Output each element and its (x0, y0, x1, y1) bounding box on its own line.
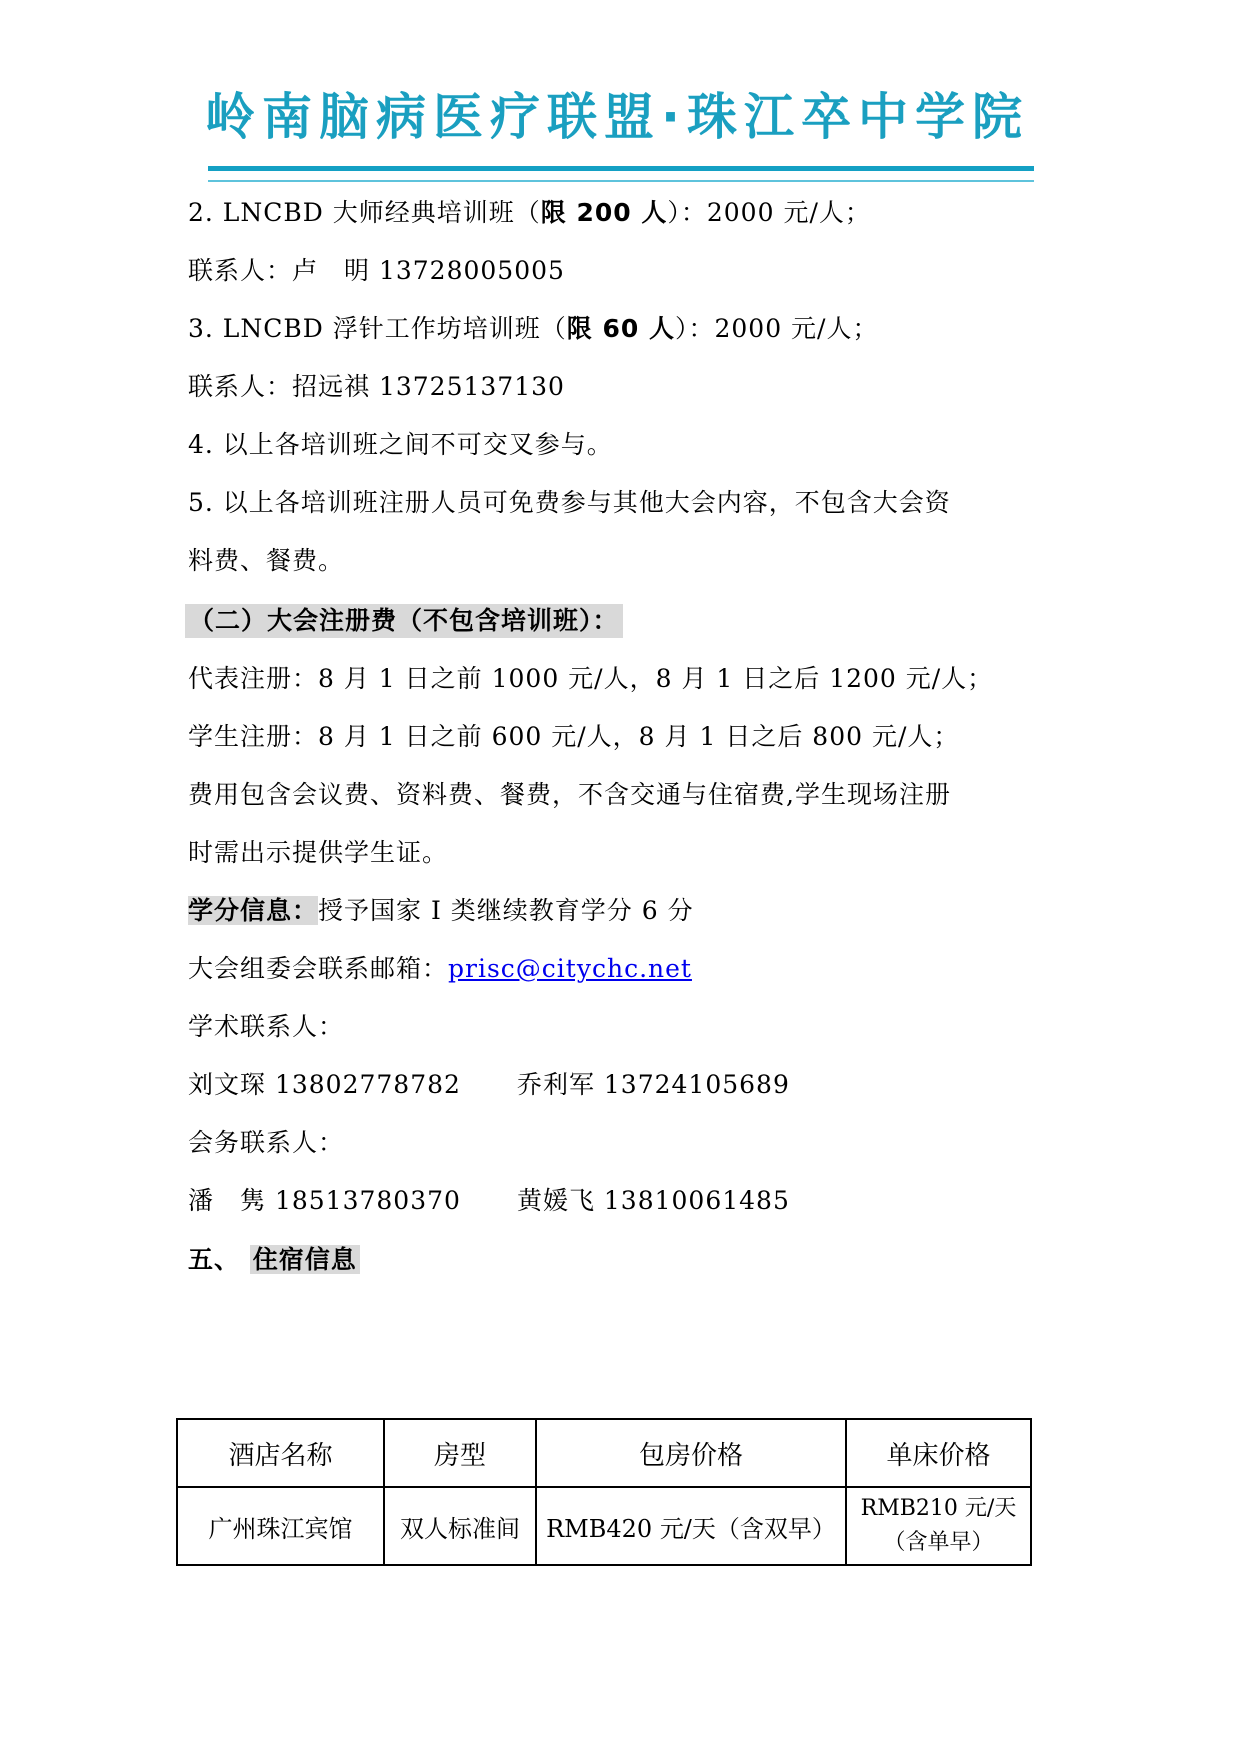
email-link[interactable]: prisc@citychc.net (448, 954, 692, 983)
bed-price-line2: （含单早） (847, 1526, 1030, 1560)
header-rule-thick (208, 166, 1034, 171)
academic-contact-phone: 13724105689 (604, 1070, 790, 1099)
training-item-2-limit: 限 200 人 (541, 198, 668, 227)
training-item-4: 4. 以上各培训班之间不可交叉参与。 (188, 428, 613, 462)
registration-heading: （二）大会注册费（不包含培训班）： (185, 604, 623, 638)
affairs-contact-phone: 18513780370 (275, 1186, 461, 1215)
header-title: 岭南脑病医疗联盟·珠江卒中学院 (205, 82, 1055, 152)
affairs-contact-name: 潘 隽 (188, 1186, 266, 1215)
col-room-price: 包房价格 (536, 1419, 846, 1487)
training-item-3-suffix: ）：2000 元/人； (675, 314, 879, 343)
academic-contact-name: 乔利军 (517, 1070, 595, 1099)
academic-contact-phone: 13802778782 (275, 1070, 461, 1099)
col-bed-price: 单床价格 (846, 1419, 1031, 1487)
room-type: 双人标准间 (384, 1487, 536, 1565)
training-item-2-contact: 联系人：卢 明 13728005005 (188, 254, 565, 288)
academic-contacts: 刘文琛 13802778782乔利军 13724105689 (188, 1068, 790, 1102)
registration-delegate: 代表注册：8 月 1 日之前 1000 元/人，8 月 1 日之后 1200 元… (188, 662, 993, 696)
affairs-contact-name: 黄媛飞 (517, 1186, 595, 1215)
training-item-2: 2. LNCBD 大师经典培训班（限 200 人）：2000 元/人； (188, 196, 871, 230)
accommodation-heading: 五、 住宿信息 (188, 1243, 360, 1277)
academic-contact-label: 学术联系人： (188, 1010, 344, 1044)
bed-price-line1: RMB210 元/天 (847, 1492, 1030, 1526)
training-item-5-line1: 5. 以上各培训班注册人员可免费参与其他大会内容，不包含大会资 (188, 486, 951, 520)
hotel-name: 广州珠江宾馆 (177, 1487, 384, 1565)
training-item-2-suffix: ）：2000 元/人； (667, 198, 871, 227)
room-price: RMB420 元/天（含双早） (536, 1487, 846, 1565)
bed-price: RMB210 元/天（含单早） (846, 1487, 1031, 1565)
credits-info: 学分信息：授予国家 I 类继续教育学分 6 分 (188, 894, 694, 928)
credits-value: 授予国家 I 类继续教育学分 6 分 (318, 896, 694, 925)
training-item-5-line2: 料费、餐费。 (188, 544, 344, 578)
accommodation-title: 住宿信息 (250, 1245, 360, 1274)
training-item-3-contact: 联系人：招远祺 13725137130 (188, 370, 565, 404)
training-item-2-prefix: 2. LNCBD 大师经典培训班（ (188, 198, 541, 227)
registration-note-line1: 费用包含会议费、资料费、餐费，不含交通与住宿费,学生现场注册 (188, 778, 951, 812)
registration-note-line2: 时需出示提供学生证。 (188, 836, 448, 870)
affairs-contact-phone: 13810061485 (604, 1186, 790, 1215)
affairs-contact-label: 会务联系人： (188, 1126, 344, 1160)
header-rule-thin (208, 180, 1034, 182)
table-row: 广州珠江宾馆 双人标准间 RMB420 元/天（含双早） RMB210 元/天（… (177, 1487, 1031, 1565)
affairs-contacts: 潘 隽 18513780370黄媛飞 13810061485 (188, 1184, 790, 1218)
hotel-table: 酒店名称 房型 包房价格 单床价格 广州珠江宾馆 双人标准间 RMB420 元/… (176, 1418, 1032, 1566)
col-room-type: 房型 (384, 1419, 536, 1487)
credits-label: 学分信息： (188, 896, 318, 925)
registration-student: 学生注册：8 月 1 日之前 600 元/人，8 月 1 日之后 800 元/人… (188, 720, 959, 754)
training-item-3-limit: 限 60 人 (567, 314, 675, 343)
section-number: 五、 (188, 1245, 240, 1274)
col-hotel-name: 酒店名称 (177, 1419, 384, 1487)
academic-contact-name: 刘文琛 (188, 1070, 266, 1099)
table-header-row: 酒店名称 房型 包房价格 单床价格 (177, 1419, 1031, 1487)
training-item-3: 3. LNCBD 浮针工作坊培训班（限 60 人）：2000 元/人； (188, 312, 878, 346)
training-item-3-prefix: 3. LNCBD 浮针工作坊培训班（ (188, 314, 567, 343)
email-label: 大会组委会联系邮箱： (188, 954, 448, 983)
email-line: 大会组委会联系邮箱：prisc@citychc.net (188, 952, 692, 986)
